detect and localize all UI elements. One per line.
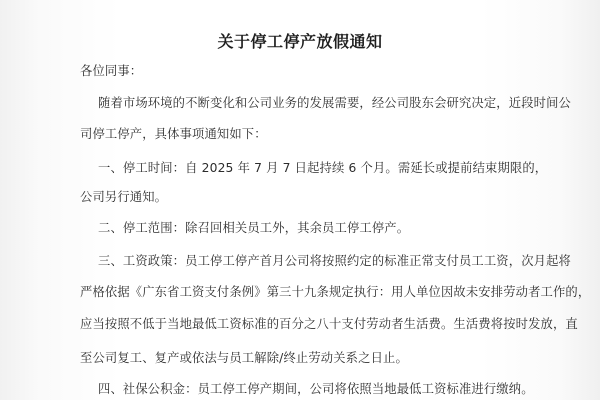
section-1-line-2: 公司另行通知。	[80, 187, 167, 205]
intro-line-1: 随着市场环境的不断变化和公司业务的发展需要，经公司股东会研究决定，近段时间公	[98, 93, 571, 111]
document-title: 关于停工停产放假通知	[0, 29, 600, 52]
intro-line-2: 司停工停产，具体事项通知如下：	[80, 124, 267, 142]
section-3-line-1: 三、工资政策：员工停工停产首月公司将按照约定的标准正常支付员工工资，次月起将	[98, 251, 571, 269]
section-3-line-4: 至公司复工、复产或依法与员工解除/终止劳动关系之日止。	[80, 348, 408, 366]
section-2-line-1: 二、停工范围：除召回相关员工外，其余员工停工停产。	[98, 218, 409, 236]
section-4-line-1: 四、社保公积金：员工停工停产期间，公司将依照当地最低工资标准进行缴纳。	[98, 379, 534, 397]
section-3-line-2: 严格依据《广东省工资支付条例》第三十九条规定执行：用人单位因故未安排劳动者工作的…	[80, 282, 590, 300]
notice-document: 关于停工停产放假通知 各位同事： 随着市场环境的不断变化和公司业务的发展需要，经…	[0, 0, 600, 400]
salutation: 各位同事：	[80, 61, 142, 79]
section-1-line-1: 一、停工时间：自 2025 年 7 月 7 日起持续 6 个月。需延长或提前结束…	[98, 158, 547, 176]
section-3-line-3: 应当按照不低于当地最低工资标准的百分之八十支付劳动者生活费。生活费将按时发放，直	[80, 314, 578, 332]
